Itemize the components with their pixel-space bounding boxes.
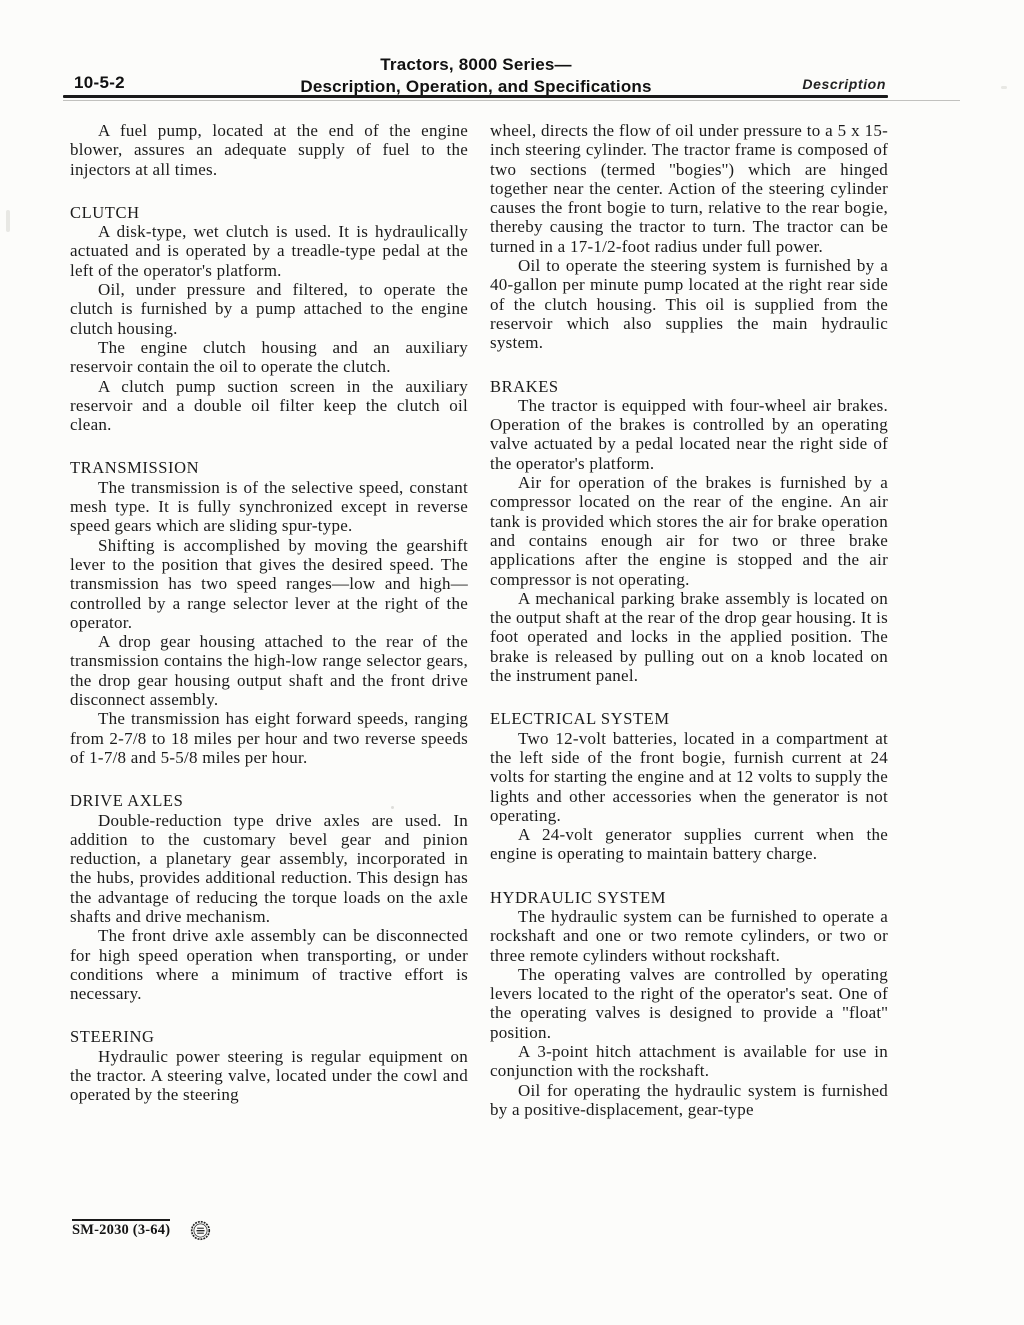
- scan-artifact: [6, 210, 10, 232]
- header-rule-shadow: [63, 100, 960, 101]
- paragraph: Oil to operate the steering system is fu…: [490, 256, 888, 352]
- paragraph: A drop gear housing attached to the rear…: [70, 632, 468, 709]
- page-footer: SM-2030 (3-64): [72, 1219, 211, 1249]
- section-heading: BRAKES: [490, 377, 888, 396]
- paragraph: A disk-type, wet clutch is used. It is h…: [70, 222, 468, 280]
- paragraph: The hydraulic system can be furnished to…: [490, 907, 888, 965]
- scan-artifact: [1001, 86, 1007, 89]
- paragraph: Oil, under pressure and filtered, to ope…: [70, 280, 468, 338]
- paragraph: Double-reduction type drive axles are us…: [70, 811, 468, 927]
- header-section-label: Description: [802, 76, 886, 92]
- section-heading: CLUTCH: [70, 203, 468, 222]
- paragraph: wheel, directs the flow of oil under pre…: [490, 121, 888, 256]
- paragraph: The transmission has eight forward speed…: [70, 709, 468, 767]
- union-stamp-icon: [190, 1220, 211, 1246]
- paragraph: Hydraulic power steering is regular equi…: [70, 1047, 468, 1105]
- paragraph: The transmission is of the selective spe…: [70, 478, 468, 536]
- paragraph: Oil for operating the hydraulic system i…: [490, 1081, 888, 1120]
- section-heading: DRIVE AXLES: [70, 791, 468, 810]
- section-heading: STEERING: [70, 1027, 468, 1046]
- section-heading: HYDRAULIC SYSTEM: [490, 888, 888, 907]
- paragraph: Shifting is accomplished by moving the g…: [70, 536, 468, 632]
- paragraph: A mechanical parking brake assembly is l…: [490, 589, 888, 685]
- right-column: wheel, directs the flow of oil under pre…: [490, 121, 888, 1119]
- header-title-line1: Tractors, 8000 Series—: [0, 55, 952, 75]
- paragraph: The tractor is equipped with four-wheel …: [490, 396, 888, 473]
- header-rule: [63, 95, 888, 98]
- paragraph: Two 12-volt batteries, located in a comp…: [490, 729, 888, 825]
- scan-artifact: [391, 806, 394, 809]
- paragraph: The engine clutch housing and an auxilia…: [70, 338, 468, 377]
- paragraph: A 24-volt generator supplies current whe…: [490, 825, 888, 864]
- paragraph: A clutch pump suction screen in the auxi…: [70, 377, 468, 435]
- scanned-manual-page: 10-5-2 Tractors, 8000 Series— Descriptio…: [0, 0, 1024, 1325]
- section-heading: ELECTRICAL SYSTEM: [490, 709, 888, 728]
- paragraph: A 3-point hitch attachment is available …: [490, 1042, 888, 1081]
- paragraph: The operating valves are controlled by o…: [490, 965, 888, 1042]
- paragraph: The front drive axle assembly can be dis…: [70, 926, 468, 1003]
- paragraph: A fuel pump, located at the end of the e…: [70, 121, 468, 179]
- form-number: SM-2030 (3-64): [72, 1219, 170, 1239]
- left-column: A fuel pump, located at the end of the e…: [70, 121, 468, 1105]
- paragraph: Air for operation of the brakes is furni…: [490, 473, 888, 589]
- section-heading: TRANSMISSION: [70, 458, 468, 477]
